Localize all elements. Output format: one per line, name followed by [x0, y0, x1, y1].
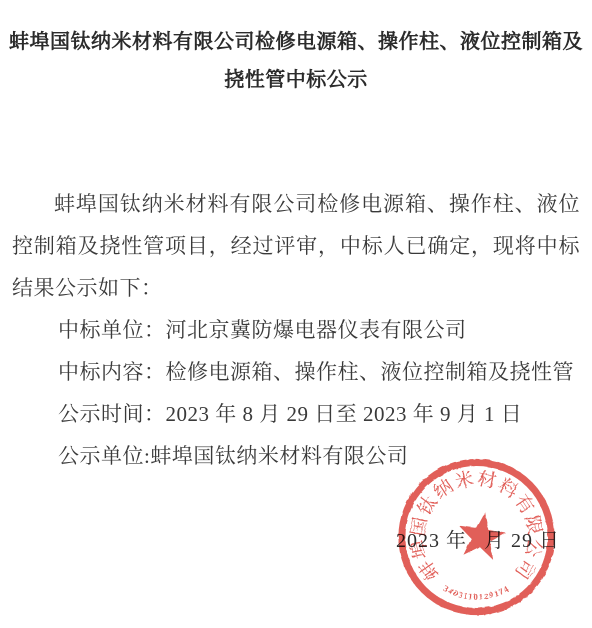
announcement-paragraph: 蚌埠国钛纳米材料有限公司检修电源箱、操作柱、液位控制箱及挠性管项目，经过评审，中… — [12, 183, 580, 309]
detail-value: 蚌埠国钛纳米材料有限公司 — [150, 444, 408, 468]
detail-label: 公示时间： — [58, 402, 166, 426]
date-day-part: 月 29 日 — [484, 530, 560, 552]
detail-value: 2023 年 8 月 29 日至 2023 年 9 月 1 日 — [166, 402, 523, 426]
page-title: 蚌埠国钛纳米材料有限公司检修电源箱、操作柱、液位控制箱及 挠性管中标公示 — [0, 23, 592, 99]
award-details: 中标单位：河北京冀防爆电器仪表有限公司 中标内容：检修电源箱、操作柱、液位控制箱… — [58, 309, 580, 477]
page-title-line-2: 挠性管中标公示 — [0, 61, 592, 99]
detail-label: 中标单位： — [58, 318, 166, 342]
announcement-page: 蚌埠国钛纳米材料有限公司检修电源箱、操作柱、液位控制箱及 挠性管中标公示 蚌埠国… — [0, 0, 592, 628]
page-title-line-1: 蚌埠国钛纳米材料有限公司检修电源箱、操作柱、液位控制箱及 — [0, 23, 592, 61]
signature-date: 2023 年月 29 日 — [396, 524, 560, 553]
detail-label: 公示单位: — [58, 444, 150, 468]
detail-value: 检修电源箱、操作柱、液位控制箱及挠性管 — [166, 360, 575, 384]
detail-row-winner: 中标单位：河北京冀防爆电器仪表有限公司 — [58, 309, 580, 351]
detail-value: 河北京冀防爆电器仪表有限公司 — [166, 318, 467, 342]
detail-row-publisher: 公示单位:蚌埠国钛纳米材料有限公司 — [58, 435, 580, 477]
detail-row-content: 中标内容：检修电源箱、操作柱、液位控制箱及挠性管 — [58, 351, 580, 393]
detail-label: 中标内容： — [58, 360, 166, 384]
detail-row-period: 公示时间：2023 年 8 月 29 日至 2023 年 9 月 1 日 — [58, 393, 580, 435]
document-body: 蚌埠国钛纳米材料有限公司检修电源箱、操作柱、液位控制箱及挠性管项目，经过评审，中… — [0, 183, 592, 477]
date-year-part: 2023 年 — [396, 530, 467, 552]
seal-serial-text: 3403110129174 — [442, 583, 511, 602]
